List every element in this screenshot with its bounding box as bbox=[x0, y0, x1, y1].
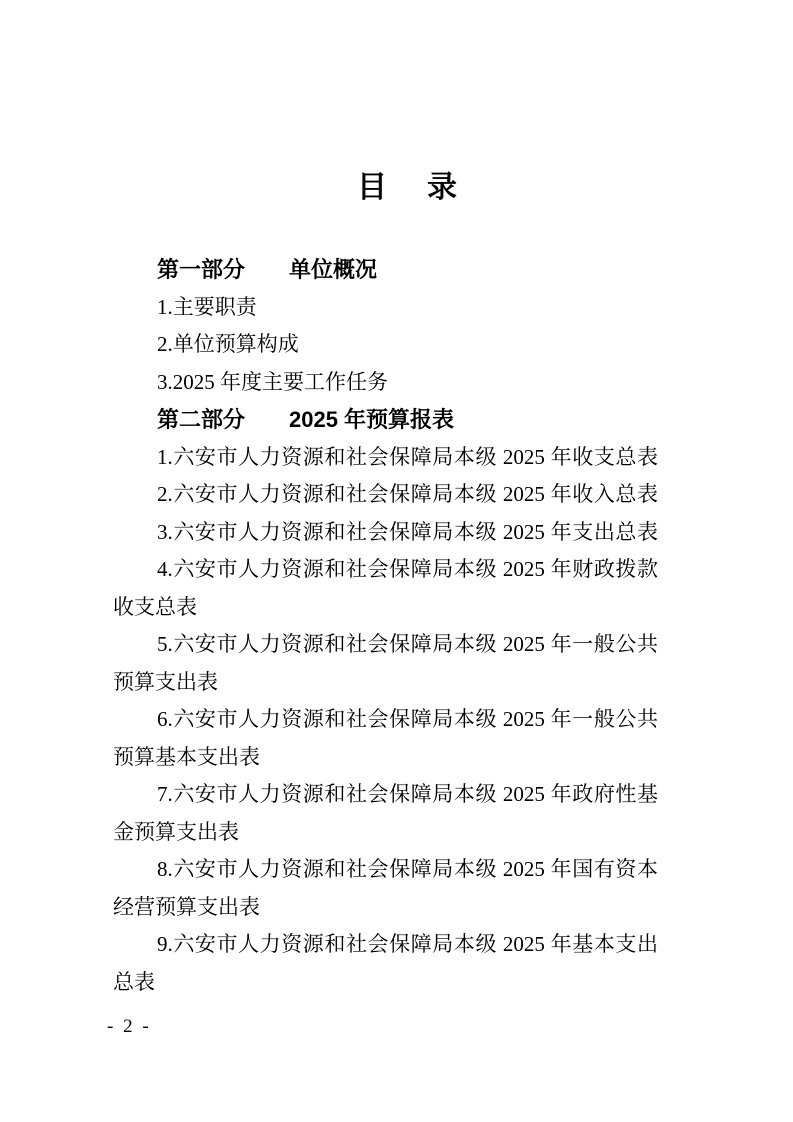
toc-line: 9.六安市人力资源和社会保障局本级 2025 年基本支出 bbox=[113, 926, 658, 964]
toc-line: 总表 bbox=[113, 964, 658, 1002]
toc-list: 第一部分 单位概况1.主要职责2.单位预算构成3.2025 年度主要工作任务第二… bbox=[113, 251, 658, 1001]
toc-line: 第一部分 单位概况 bbox=[113, 251, 658, 289]
toc-line: 收支总表 bbox=[113, 589, 658, 627]
toc-line: 金预算支出表 bbox=[113, 814, 658, 852]
toc-line: 1.六安市人力资源和社会保障局本级 2025 年收支总表 bbox=[113, 439, 658, 477]
toc-line: 预算支出表 bbox=[113, 664, 658, 702]
toc-line: 8.六安市人力资源和社会保障局本级 2025 年国有资本 bbox=[113, 851, 658, 889]
toc-line: 经营预算支出表 bbox=[113, 889, 658, 927]
toc-line: 预算基本支出表 bbox=[113, 739, 658, 777]
page-number: - 2 - bbox=[107, 1015, 151, 1039]
toc-line: 3.2025 年度主要工作任务 bbox=[113, 364, 658, 402]
toc-line: 1.主要职责 bbox=[113, 289, 658, 327]
page-title: 目 录 bbox=[0, 167, 793, 209]
document-page: 目 录 第一部分 单位概况1.主要职责2.单位预算构成3.2025 年度主要工作… bbox=[0, 0, 793, 1122]
toc-line: 第二部分 2025 年预算报表 bbox=[113, 401, 658, 439]
toc-line: 6.六安市人力资源和社会保障局本级 2025 年一般公共 bbox=[113, 701, 658, 739]
toc-line: 5.六安市人力资源和社会保障局本级 2025 年一般公共 bbox=[113, 626, 658, 664]
toc-line: 2.单位预算构成 bbox=[113, 326, 658, 364]
toc-line: 7.六安市人力资源和社会保障局本级 2025 年政府性基 bbox=[113, 776, 658, 814]
toc-line: 3.六安市人力资源和社会保障局本级 2025 年支出总表 bbox=[113, 514, 658, 552]
toc-line: 4.六安市人力资源和社会保障局本级 2025 年财政拨款 bbox=[113, 551, 658, 589]
toc-line: 2.六安市人力资源和社会保障局本级 2025 年收入总表 bbox=[113, 476, 658, 514]
